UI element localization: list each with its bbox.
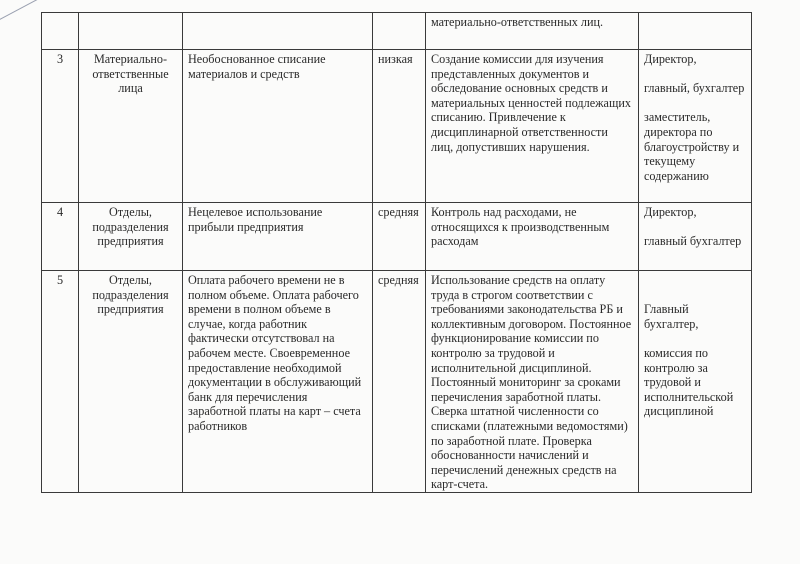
row-number: 5 <box>42 271 79 493</box>
responsible-cell: Директор, главный, бухгалтер заместитель… <box>639 50 752 203</box>
level-cell: средняя <box>373 271 426 493</box>
measures-cell: материально-ответственных лиц. <box>426 13 639 50</box>
subject-cell: Материально-ответственные лица <box>79 50 183 203</box>
risk-cell: Нецелевое использование прибыли предприя… <box>183 203 373 271</box>
subject-cell: Отделы, подразделения предприятия <box>79 203 183 271</box>
responsible-line: Директор, <box>644 205 746 220</box>
responsible-line: комиссия по контролю за трудовой и испол… <box>644 346 746 419</box>
responsible-line: Главный бухгалтер, <box>644 302 746 331</box>
level-cell: низкая <box>373 50 426 203</box>
risk-cell: Оплата рабочего времени не в полном объе… <box>183 271 373 493</box>
table-row: 4 Отделы, подразделения предприятия Неце… <box>42 203 752 271</box>
responsible-cell <box>639 13 752 50</box>
risk-cell <box>183 13 373 50</box>
risk-cell: Необоснованное списание материалов и сре… <box>183 50 373 203</box>
table-row: материально-ответственных лиц. <box>42 13 752 50</box>
responsible-line: главный, бухгалтер <box>644 81 746 96</box>
table-row: 5 Отделы, подразделения предприятия Опла… <box>42 271 752 493</box>
responsible-line: главный бухгалтер <box>644 234 746 249</box>
table-row: 3 Материально-ответственные лица Необосн… <box>42 50 752 203</box>
measures-cell: Создание комиссии для изучения представл… <box>426 50 639 203</box>
responsible-cell: Главный бухгалтер, комиссия по контролю … <box>639 271 752 493</box>
responsible-cell: Директор, главный бухгалтер <box>639 203 752 271</box>
row-number: 4 <box>42 203 79 271</box>
responsible-line: Директор, <box>644 52 746 67</box>
level-cell <box>373 13 426 50</box>
level-cell: средняя <box>373 203 426 271</box>
row-number <box>42 13 79 50</box>
measures-cell: Контроль над расходами, не относящихся к… <box>426 203 639 271</box>
measures-cell: Использование средств на оплату труда в … <box>426 271 639 493</box>
subject-cell: Отделы, подразделения предприятия <box>79 271 183 493</box>
row-number: 3 <box>42 50 79 203</box>
responsible-line: заместитель, директора по благоустройств… <box>644 110 746 183</box>
risk-table: материально-ответственных лиц. 3 Материа… <box>41 12 752 493</box>
subject-cell <box>79 13 183 50</box>
